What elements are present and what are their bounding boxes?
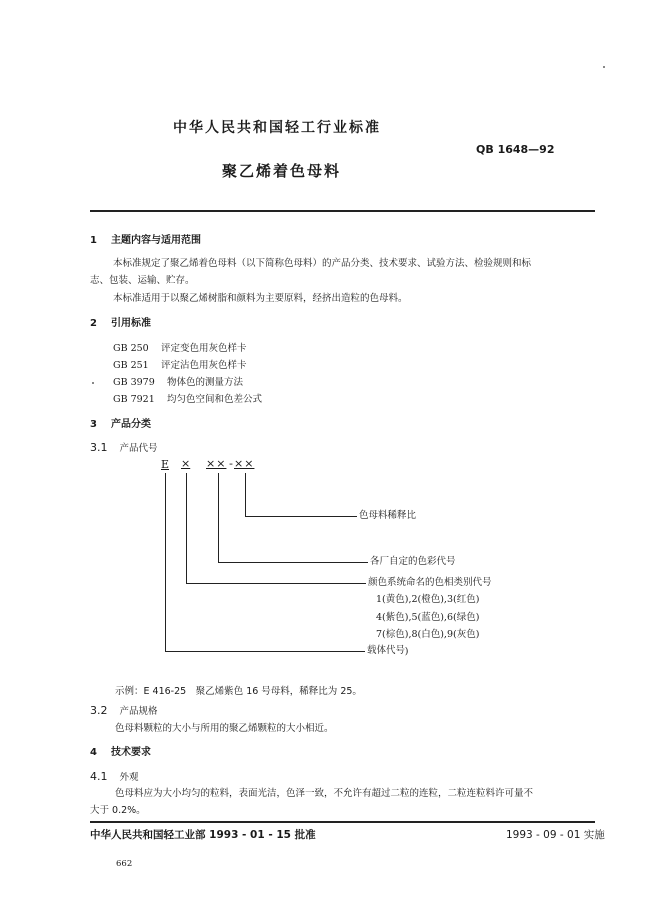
label-dilution-ratio: 色母料稀释比 xyxy=(359,509,416,523)
color-code-row: 7(棕色),8(白色),9(灰色) xyxy=(376,628,479,642)
label-color-code: 各厂自定的色彩代号 xyxy=(370,555,456,569)
section-title: 引用标准 xyxy=(111,318,151,329)
code-separator: - xyxy=(229,457,233,470)
reference-code: GB 3979 xyxy=(113,376,167,390)
reference-item: GB 7921均匀色空间和色差公式 xyxy=(113,393,262,407)
section-4-heading: 4技术要求 xyxy=(90,746,151,760)
standard-code: QB 1648—92 xyxy=(476,143,555,156)
reference-item: GB 250评定变色用灰色样卡 xyxy=(113,342,247,356)
reference-code: GB 7921 xyxy=(113,393,167,407)
subsection-number: 3.2 xyxy=(90,704,108,717)
label-hue-category: 颜色系统命名的色相类别代号 xyxy=(368,576,492,590)
reference-name: 评定沾色用灰色样卡 xyxy=(161,360,247,371)
color-code-row: 4(紫色),5(蓝色),6(绿色) xyxy=(376,611,479,625)
paragraph: 志、包装、运输、贮存。 xyxy=(90,274,195,288)
connector-line xyxy=(165,473,166,651)
paragraph: 色母料应为大小均匀的粒料，表面光洁，色泽一致，不允许有超过二粒的连粒，二粒连粒料… xyxy=(115,787,533,801)
connector-line xyxy=(245,516,357,517)
section-title: 技术要求 xyxy=(111,747,151,758)
subsection-3-1-heading: 3.1产品代号 xyxy=(90,441,158,456)
example-text: 示例：E 416-25 聚乙烯紫色 16 号母料，稀释比为 25。 xyxy=(115,685,362,699)
subsection-title: 外观 xyxy=(120,772,139,783)
document-title: 聚乙烯着色母料 xyxy=(222,160,341,181)
label-carrier-code: 载体代号 xyxy=(367,644,405,658)
effective-date: 1993 - 09 - 01 实施 xyxy=(506,827,605,842)
connector-line xyxy=(218,562,368,563)
paragraph: 本标准适用于以聚乙烯树脂和颜料为主要原料，经挤出造粒的色母料。 xyxy=(113,292,408,306)
issuing-body-heading: 中华人民共和国轻工行业标准 xyxy=(173,117,381,137)
reference-name: 评定变色用灰色样卡 xyxy=(161,343,247,354)
section-title: 主题内容与适用范围 xyxy=(111,235,201,246)
connector-line xyxy=(186,583,366,584)
subsection-title: 产品规格 xyxy=(120,706,158,717)
scan-speck xyxy=(603,66,605,68)
connector-line xyxy=(218,473,219,562)
subsection-number: 4.1 xyxy=(90,770,108,783)
code-part-carrier: E xyxy=(161,458,169,471)
subsection-4-1-heading: 4.1外观 xyxy=(90,770,139,785)
page-number: 662 xyxy=(116,859,132,869)
section-number: 2 xyxy=(90,318,97,329)
color-code-row: 1(黄色),2(橙色),3(红色) xyxy=(376,593,479,607)
code-part-color: ×× xyxy=(206,457,226,470)
section-3-heading: 3产品分类 xyxy=(90,418,151,432)
subsection-3-2-heading: 3.2产品规格 xyxy=(90,704,158,719)
connector-line xyxy=(165,651,365,652)
scan-speck xyxy=(92,382,94,384)
subsection-title: 产品代号 xyxy=(120,443,158,454)
code-part-hue: × xyxy=(181,457,190,470)
reference-code: GB 251 xyxy=(113,359,161,373)
header-rule xyxy=(90,210,595,212)
section-2-heading: 2引用标准 xyxy=(90,317,151,331)
connector-line xyxy=(186,473,187,583)
reference-code: GB 250 xyxy=(113,342,161,356)
reference-item: GB 251评定沾色用灰色样卡 xyxy=(113,359,247,373)
section-number: 1 xyxy=(90,235,97,246)
section-title: 产品分类 xyxy=(111,419,151,430)
code-part-ratio: ×× xyxy=(234,457,254,470)
subsection-number: 3.1 xyxy=(90,441,108,454)
section-number: 3 xyxy=(90,419,97,430)
section-number: 4 xyxy=(90,747,97,758)
reference-name: 均匀色空间和色差公式 xyxy=(167,394,262,405)
approval-info: 中华人民共和国轻工业部 1993 - 01 - 15 批准 xyxy=(90,827,316,842)
section-1-heading: 1主题内容与适用范围 xyxy=(90,234,201,248)
paragraph: 大于 0.2%。 xyxy=(90,804,146,818)
paragraph: 色母料颗粒的大小与所用的聚乙烯颗粒的大小相近。 xyxy=(115,722,334,736)
reference-item: GB 3979物体色的测量方法 xyxy=(113,376,243,390)
reference-name: 物体色的测量方法 xyxy=(167,377,243,388)
connector-line xyxy=(245,473,246,516)
footer-rule xyxy=(90,821,595,823)
paragraph: 本标准规定了聚乙烯着色母料（以下简称色母料）的产品分类、技术要求、试验方法、检验… xyxy=(113,257,531,271)
